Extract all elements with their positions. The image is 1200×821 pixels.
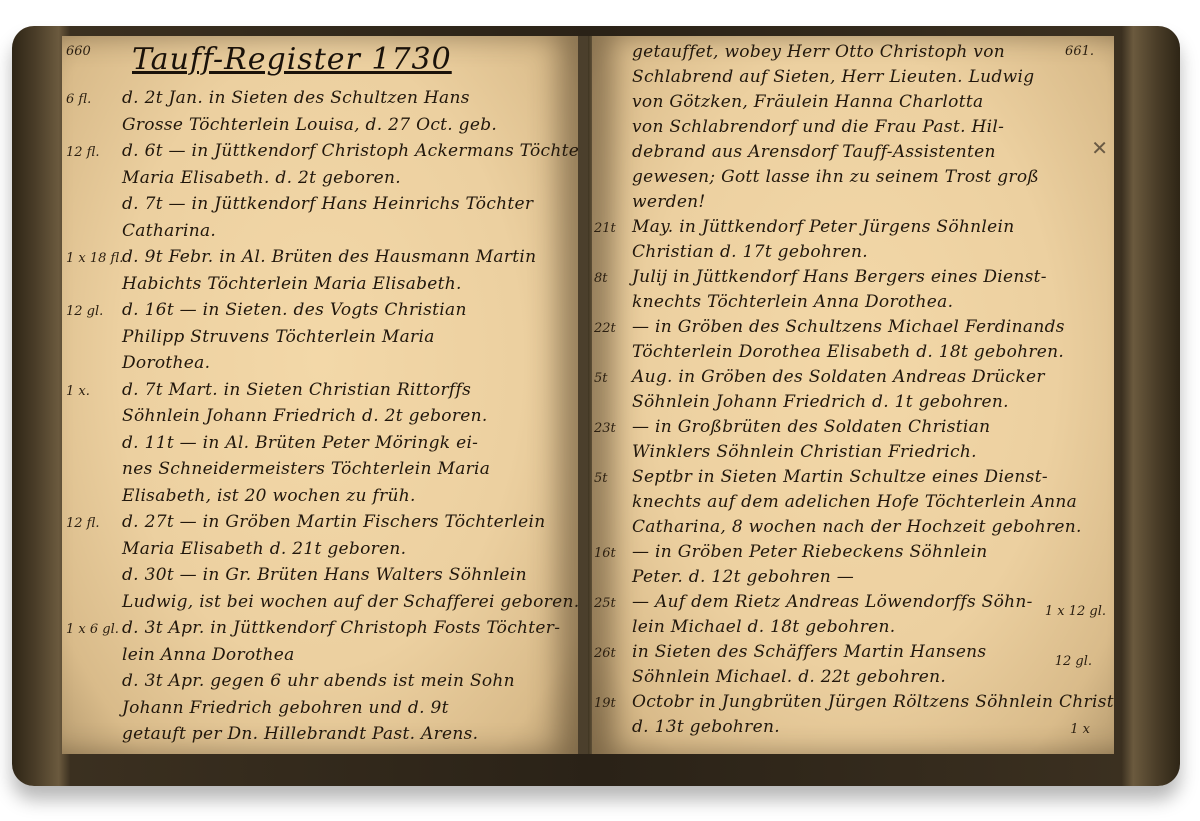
page-number-right: 661. (1065, 44, 1094, 59)
margin-entry: 12 gl. (66, 304, 103, 319)
margin-note: 1 x 12 gl. (1045, 604, 1106, 619)
margin-entry: 1 x 6 gl. (66, 622, 119, 637)
register-line: d. 3t Apr. gegen 6 uhr abends ist mein S… (122, 671, 515, 691)
margin-note: 1 x (1070, 722, 1090, 737)
margin-entry: 5t (594, 371, 608, 386)
register-line: Schlabrend auf Sieten, Herr Lieuten. Lud… (632, 67, 1034, 87)
left-page: 660 Tauff-Register 1730 6 fl.d. 2t Jan. … (62, 36, 588, 754)
register-line: von Schlabrendorf und die Frau Past. Hil… (632, 117, 1004, 137)
register-line: Philipp Struvens Töchterlein Maria (122, 327, 435, 347)
register-line: knechts Töchterlein Anna Dorothea. (632, 292, 953, 312)
register-line: Aug. in Gröben des Soldaten Andreas Drüc… (632, 367, 1045, 387)
register-title: Tauff-Register 1730 (132, 42, 452, 77)
register-line: Johann Friedrich gebohren und d. 9t (122, 698, 449, 718)
margin-entry: 22t (594, 321, 616, 336)
register-line: lein Anna Dorothea (122, 645, 295, 665)
register-line: knechts auf dem adelichen Hofe Töchterle… (632, 492, 1077, 512)
register-line: Winklers Söhnlein Christian Friedrich. (632, 442, 977, 462)
margin-entry: 1 x. (66, 384, 90, 399)
margin-entry: 19t (594, 696, 616, 711)
register-line: d. 27t — in Gröben Martin Fischers Töcht… (122, 512, 545, 532)
register-line: d. 13t gebohren. (632, 717, 780, 737)
register-line: — in Großbrüten des Soldaten Christian (632, 417, 990, 437)
margin-entry: 8t (594, 271, 608, 286)
register-line: Peter. d. 12t gebohren — (632, 567, 854, 587)
register-line: d. 9t Febr. in Al. Brüten des Hausmann M… (122, 247, 536, 267)
register-line: Söhnlein Johann Friedrich d. 1t gebohren… (632, 392, 1009, 412)
register-line: d. 3t Apr. in Jüttkendorf Christoph Fost… (122, 618, 560, 638)
register-line: d. 16t — in Sieten. des Vogts Christian (122, 300, 467, 320)
register-line: debrand aus Arensdorf Tauff-Assistenten (632, 142, 996, 162)
margin-entry: 25t (594, 596, 616, 611)
register-line: Elisabeth, ist 20 wochen zu früh. (122, 486, 416, 506)
margin-entry: 23t (594, 421, 616, 436)
register-line: Catharina, 8 wochen nach der Hochzeit ge… (632, 517, 1082, 537)
register-line: May. in Jüttkendorf Peter Jürgens Söhnle… (632, 217, 1015, 237)
margin-note: 12 gl. (1055, 654, 1092, 669)
register-line: gewesen; Gott lasse ihn zu seinem Trost … (632, 167, 1039, 187)
register-line: von Götzken, Fräulein Hanna Charlotta (632, 92, 983, 112)
register-line: — Auf dem Rietz Andreas Löwendorffs Söhn… (632, 592, 1033, 612)
register-line: Maria Elisabeth d. 21t geboren. (122, 539, 406, 559)
margin-entry: 12 fl. (66, 145, 99, 160)
register-line: Catharina. (122, 221, 216, 241)
register-line: werden! (632, 192, 706, 212)
margin-entry: 16t (594, 546, 616, 561)
right-page: 661. ✕ getauffet, wobey Herr Otto Christ… (592, 36, 1114, 754)
register-line: Töchterlein Dorothea Elisabeth d. 18t ge… (632, 342, 1064, 362)
register-line: Maria Elisabeth. d. 2t geboren. (122, 168, 401, 188)
margin-entry: 5t (594, 471, 608, 486)
register-line: in Sieten des Schäffers Martin Hansens (632, 642, 986, 662)
register-line: — in Gröben des Schultzens Michael Ferdi… (632, 317, 1065, 337)
register-line: nes Schneidermeisters Töchterlein Maria (122, 459, 490, 479)
register-line: d. 11t — in Al. Brüten Peter Möringk ei- (122, 433, 478, 453)
register-line: Christian d. 17t gebohren. (632, 242, 868, 262)
margin-entry: 12 fl. (66, 516, 99, 531)
margin-entry: 1 x 18 fl. (66, 251, 123, 266)
margin-entry: 6 fl. (66, 92, 91, 107)
register-line: d. 2t Jan. in Sieten des Schultzen Hans (122, 88, 470, 108)
register-line: Söhnlein Johann Friedrich d. 2t geboren. (122, 406, 488, 426)
register-line: Octobr in Jungbrüten Jürgen Röltzens Söh… (632, 692, 1114, 712)
register-line: d. 7t Mart. in Sieten Christian Rittorff… (122, 380, 471, 400)
register-line: getauffet, wobey Herr Otto Christoph von (632, 42, 1005, 62)
margin-entry: 21t (594, 221, 616, 236)
register-line: getauft per Dn. Hillebrandt Past. Arens. (122, 724, 478, 744)
register-line: Septbr in Sieten Martin Schultze eines D… (632, 467, 1048, 487)
register-line: d. 7t — in Jüttkendorf Hans Heinrichs Tö… (122, 194, 533, 214)
register-line: d. 30t — in Gr. Brüten Hans Walters Söhn… (122, 565, 527, 585)
register-line: Grosse Töchterlein Louisa, d. 27 Oct. ge… (122, 115, 497, 135)
register-line: Söhnlein Michael. d. 22t gebohren. (632, 667, 946, 687)
register-line: — in Gröben Peter Riebeckens Söhnlein (632, 542, 988, 562)
register-line: lein Michael d. 18t gebohren. (632, 617, 895, 637)
register-line: Dorothea. (122, 353, 210, 373)
page-number-left: 660 (66, 44, 91, 59)
register-line: Julij in Jüttkendorf Hans Bergers eines … (632, 267, 1047, 287)
register-line: d. 6t — in Jüttkendorf Christoph Ackerma… (122, 141, 588, 161)
register-line: Habichts Töchterlein Maria Elisabeth. (122, 274, 462, 294)
margin-entry: 26t (594, 646, 616, 661)
register-line: Ludwig, ist bei wochen auf der Schaffere… (122, 592, 579, 612)
x-mark-annotation: ✕ (1091, 136, 1108, 160)
